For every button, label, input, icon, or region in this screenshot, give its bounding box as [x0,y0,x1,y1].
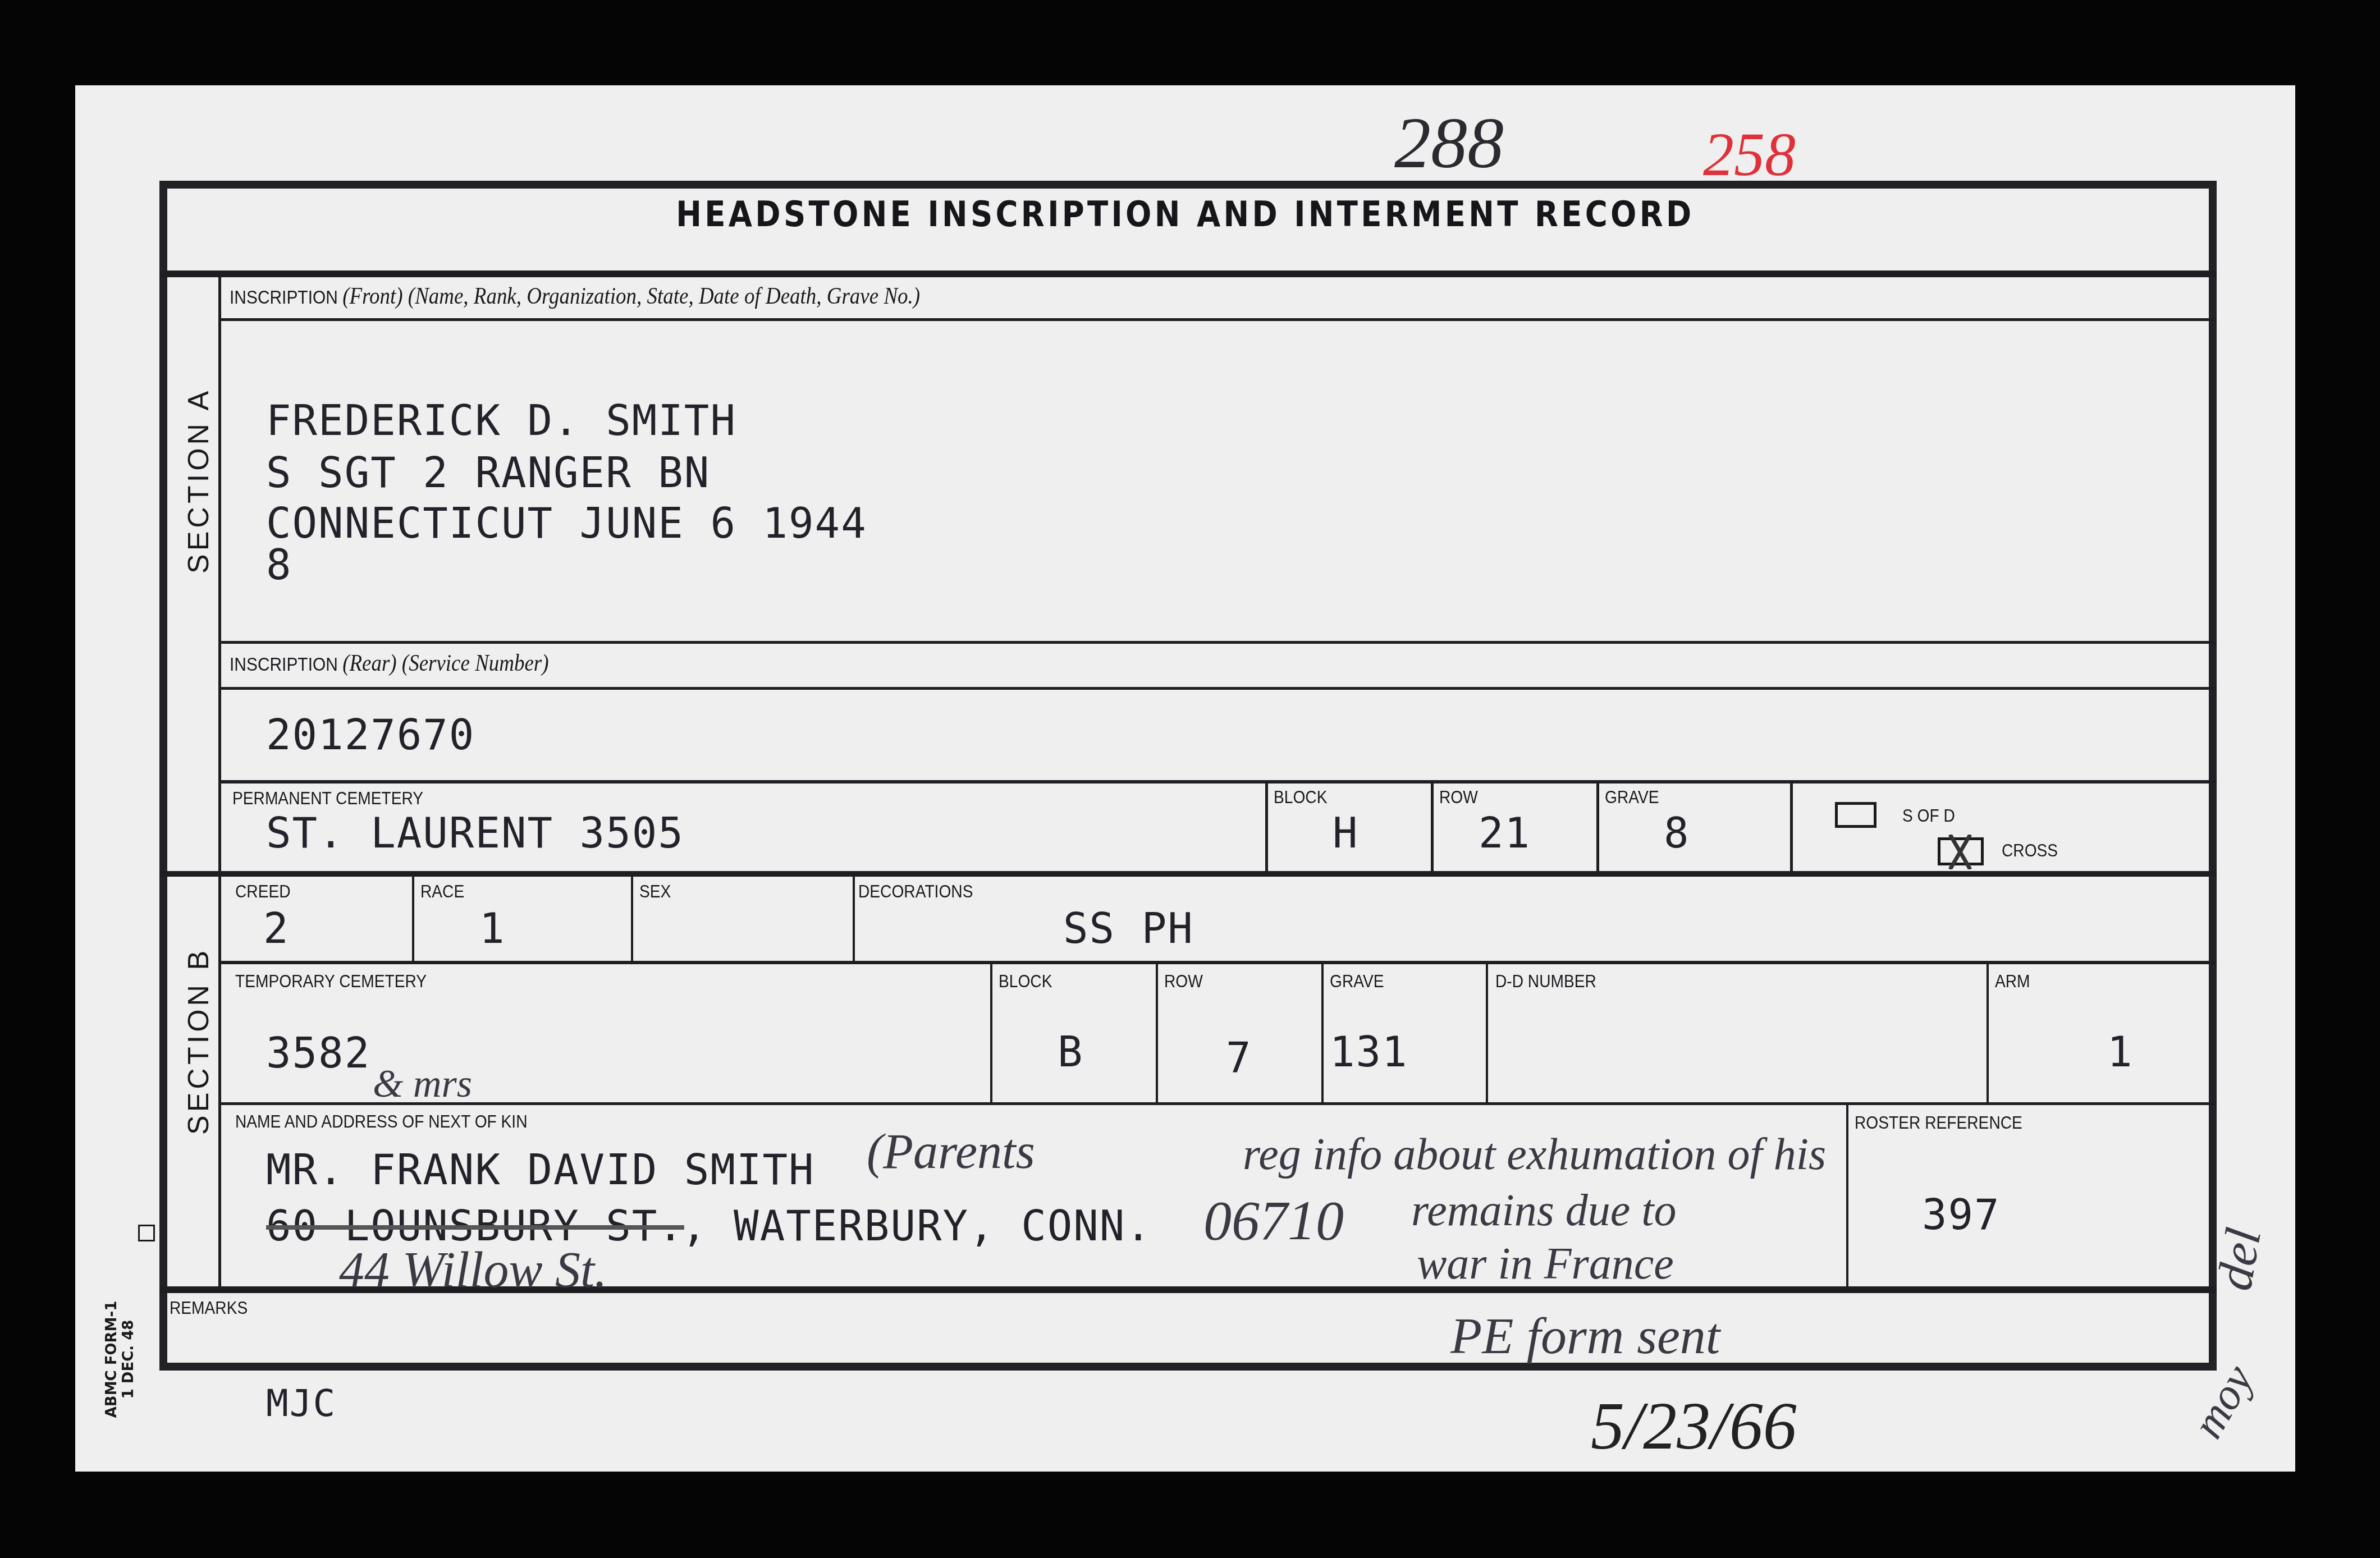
divider [220,961,2217,964]
form-id-line-2: 1 DEC. 48 [120,1286,137,1432]
form-id-line-1: ABMC FORM-1 [103,1286,120,1432]
temp-block-value: B [1058,1028,1084,1076]
arm-value: 1 [2107,1028,2134,1076]
form-title: HEADSTONE INSCRIPTION AND INTERMENT RECO… [208,194,2162,235]
cell-line [1846,1104,1848,1288]
label-italic: (Rear) (Service Number) [342,650,548,676]
perm-grave-label: GRAVE [1605,787,1659,808]
divider [220,1102,2217,1105]
temp-grave-value: 131 [1330,1028,1408,1076]
s-of-d-checkbox[interactable] [1835,802,1876,828]
creed-value: 2 [263,905,290,953]
roster-reference-label: ROSTER REFERENCE [1855,1112,2022,1133]
sex-label: SEX [639,881,671,902]
temporary-cemetery-label: TEMPORARY CEMETERY [235,971,427,992]
form-id-checkbox[interactable] [138,1225,155,1241]
section-divider [159,871,2217,877]
divider [220,318,2217,321]
divider [159,271,2217,277]
label-prefix: INSCRIPTION [230,287,338,308]
temporary-cemetery-value: 3582 [266,1029,370,1078]
perm-block-value: H [1333,809,1359,858]
roster-reference-value: 397 [1922,1191,2001,1239]
permanent-cemetery-label: PERMANENT CEMETERY [232,788,423,809]
label-italic: (Front) (Name, Rank, Organization, State… [342,283,920,309]
cell-line [1987,964,1989,1104]
temp-row-value: 7 [1226,1034,1252,1082]
label-prefix: INSCRIPTION [230,654,338,675]
cell-line [1431,781,1434,872]
handwritten-zip: 06710 [1203,1188,1344,1253]
handwritten-note-line-1: reg info about exhumation of his [1243,1129,1826,1180]
inscription-line-2: S SGT 2 RANGER BN [266,449,710,497]
inscription-front-label: INSCRIPTION (Front) (Name, Rank, Organiz… [230,283,920,310]
service-number: 20127670 [266,711,475,759]
margin-note-del: del [2205,1224,2273,1294]
decorations-value: SS PH [1063,905,1194,953]
perm-row-label: ROW [1439,787,1478,808]
race-label: RACE [420,881,464,902]
dd-number-label: D-D NUMBER [1495,971,1596,992]
remarks-label: REMARKS [170,1298,248,1318]
handwritten-mrs: & mrs [373,1062,472,1107]
cross-label: CROSS [2002,840,2058,861]
handwritten-parents-note: (Parents [867,1124,1035,1180]
perm-grave-value: 8 [1664,809,1690,858]
section-column-line [218,271,221,1287]
form-card: 288 258 HEADSTONE INSCRIPTION AND INTERM… [75,85,2295,1472]
cell-line [631,874,633,962]
arm-label: ARM [1995,971,2030,992]
decorations-label: DECORATIONS [858,881,973,902]
divider [220,780,2217,783]
permanent-cemetery-value: ST. LAURENT 3505 [266,809,684,858]
temp-block-label: BLOCK [999,971,1052,992]
form-id: ABMC FORM-1 1 DEC. 48 [103,1286,148,1432]
inscription-line-1: FREDERICK D. SMITH [266,397,736,445]
cell-line [853,874,855,962]
next-of-kin-label: NAME AND ADDRESS OF NEXT OF KIN [235,1111,528,1132]
next-of-kin-name: MR. FRANK DAVID SMITH [266,1146,815,1194]
temp-row-label: ROW [1164,971,1203,992]
handwritten-number-1: 288 [1394,101,1504,185]
handwritten-number-2: 258 [1703,119,1796,190]
initials: MJC [266,1382,336,1425]
s-of-d-label: S OF D [1902,805,1955,826]
handwritten-new-street: 44 Willow St. [339,1241,607,1299]
handwritten-note-line-3: war in France [1417,1239,1674,1290]
x-mark-icon [1938,835,1984,869]
cell-line [1596,781,1599,872]
cell-line [990,964,992,1104]
perm-row-value: 21 [1479,809,1531,858]
cell-line [1321,964,1324,1104]
inscription-rear-label: INSCRIPTION (Rear) (Service Number) [230,650,549,677]
handwritten-remark: PE form sent [1450,1306,1720,1365]
divider [220,641,2217,644]
perm-block-label: BLOCK [1274,787,1327,808]
handwritten-date: 5/23/66 [1591,1387,1797,1465]
temp-grave-label: GRAVE [1330,971,1384,992]
race-value: 1 [479,905,506,953]
section-b-label: SECTION B [182,966,216,1135]
section-a-label: SECTION A [182,405,216,574]
inscription-line-3: CONNECTICUT JUNE 6 1944 [266,500,867,548]
cell-line [1790,781,1793,872]
cross-checkbox[interactable] [1938,837,1984,865]
handwritten-note-line-2: remains due to [1411,1185,1677,1236]
cell-line [412,874,414,962]
cell-line [1486,964,1488,1104]
city-state: , WATERBURY, CONN. [681,1202,1152,1250]
cell-line [1265,781,1268,872]
inscription-line-4: 8 [266,541,292,589]
creed-label: CREED [235,881,291,902]
divider [220,687,2217,690]
cell-line [1156,964,1158,1104]
